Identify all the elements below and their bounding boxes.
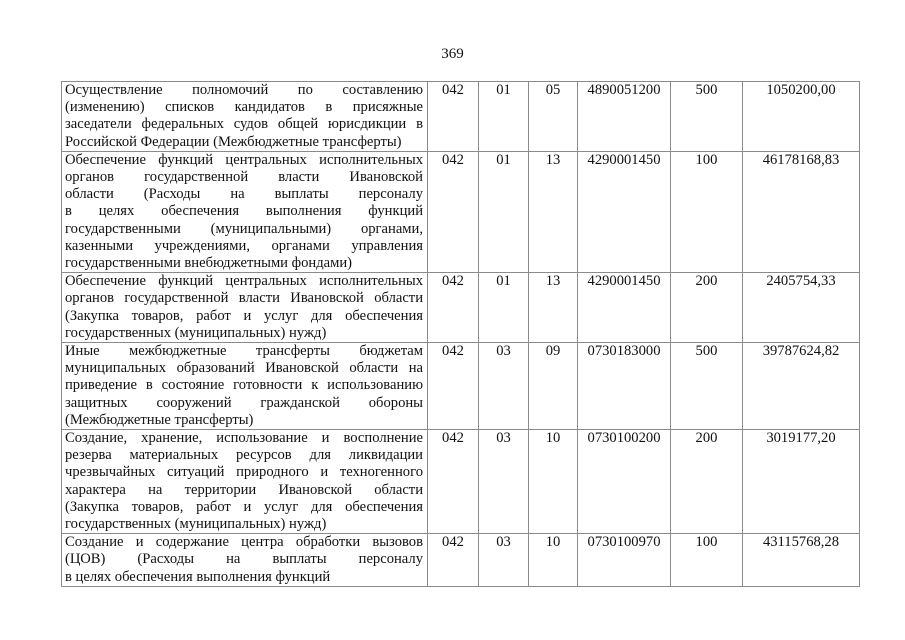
description-line: защитных сооружений гражданской обороны bbox=[65, 395, 423, 412]
section-code-cell: 01 bbox=[479, 82, 529, 152]
description-cell: Иные межбюджетные трансферты бюджетаммун… bbox=[62, 343, 428, 430]
description-line: органов государственной власти Ивановско… bbox=[65, 290, 423, 307]
subsection-code-cell: 10 bbox=[529, 430, 578, 534]
description-line: Осуществление полномочий по составлению bbox=[65, 82, 423, 99]
description-cell: Создание и содержание центра обработки в… bbox=[62, 534, 428, 587]
subsection-code-cell: 09 bbox=[529, 343, 578, 430]
expense-type-cell: 500 bbox=[671, 82, 743, 152]
description-cell: Обеспечение функций центральных исполнит… bbox=[62, 273, 428, 343]
table-row: Обеспечение функций центральных исполнит… bbox=[62, 151, 860, 272]
budget-table: Осуществление полномочий по составлению(… bbox=[61, 81, 860, 587]
description-line: Создание, хранение, использование и восп… bbox=[65, 430, 423, 447]
description-line: (Закупка товаров, работ и услуг для обес… bbox=[65, 499, 423, 516]
description-line: в целях обеспечения выполнения функций bbox=[65, 203, 423, 220]
section-code-cell: 01 bbox=[479, 151, 529, 272]
grbs-code-cell: 042 bbox=[428, 343, 479, 430]
amount-cell: 39787624,82 bbox=[743, 343, 860, 430]
grbs-code-cell: 042 bbox=[428, 430, 479, 534]
target-article-cell: 0730100970 bbox=[578, 534, 671, 587]
amount-cell: 43115768,28 bbox=[743, 534, 860, 587]
description-line: характера на территории Ивановской облас… bbox=[65, 482, 423, 499]
amount-cell: 46178168,83 bbox=[743, 151, 860, 272]
description-line: государственными внебюджетными фондами) bbox=[65, 255, 423, 272]
description-line: (Межбюджетные трансферты) bbox=[65, 412, 423, 429]
description-line: Иные межбюджетные трансферты бюджетам bbox=[65, 343, 423, 360]
description-line: (ЦОВ) (Расходы на выплаты персоналу bbox=[65, 551, 423, 568]
table-row: Осуществление полномочий по составлению(… bbox=[62, 82, 860, 152]
description-line: приведение в состояние готовности к испо… bbox=[65, 377, 423, 394]
description-line: органов государственной власти Ивановско… bbox=[65, 169, 423, 186]
target-article-cell: 4290001450 bbox=[578, 273, 671, 343]
grbs-code-cell: 042 bbox=[428, 534, 479, 587]
description-line: заседатели федеральных судов общей юрисд… bbox=[65, 116, 423, 133]
target-article-cell: 0730183000 bbox=[578, 343, 671, 430]
description-cell: Обеспечение функций центральных исполнит… bbox=[62, 151, 428, 272]
description-line: государственных (муниципальных) нужд) bbox=[65, 516, 423, 533]
subsection-code-cell: 13 bbox=[529, 273, 578, 343]
subsection-code-cell: 10 bbox=[529, 534, 578, 587]
table-row: Создание, хранение, использование и восп… bbox=[62, 430, 860, 534]
amount-cell: 2405754,33 bbox=[743, 273, 860, 343]
description-line: резерва материальных ресурсов для ликвид… bbox=[65, 447, 423, 464]
page-number: 369 bbox=[0, 45, 905, 63]
expense-type-cell: 100 bbox=[671, 534, 743, 587]
description-line: муниципальных образований Ивановской обл… bbox=[65, 360, 423, 377]
description-line: государственных (муниципальных) нужд) bbox=[65, 325, 423, 342]
grbs-code-cell: 042 bbox=[428, 273, 479, 343]
section-code-cell: 01 bbox=[479, 273, 529, 343]
description-cell: Осуществление полномочий по составлению(… bbox=[62, 82, 428, 152]
description-line: казенными учреждениями, органами управле… bbox=[65, 238, 423, 255]
description-line: Обеспечение функций центральных исполнит… bbox=[65, 152, 423, 169]
description-line: Создание и содержание центра обработки в… bbox=[65, 534, 423, 551]
description-line: Российской Федерации (Межбюджетные транс… bbox=[65, 134, 423, 151]
description-line: области (Расходы на выплаты персоналу bbox=[65, 186, 423, 203]
table-row: Создание и содержание центра обработки в… bbox=[62, 534, 860, 587]
subsection-code-cell: 05 bbox=[529, 82, 578, 152]
section-code-cell: 03 bbox=[479, 534, 529, 587]
amount-cell: 3019177,20 bbox=[743, 430, 860, 534]
expense-type-cell: 200 bbox=[671, 273, 743, 343]
table-row: Иные межбюджетные трансферты бюджетаммун… bbox=[62, 343, 860, 430]
table-row: Обеспечение функций центральных исполнит… bbox=[62, 273, 860, 343]
description-cell: Создание, хранение, использование и восп… bbox=[62, 430, 428, 534]
description-line: в целях обеспечения выполнения функций bbox=[65, 569, 423, 586]
grbs-code-cell: 042 bbox=[428, 82, 479, 152]
description-line: (изменению) списков кандидатов в присяжн… bbox=[65, 99, 423, 116]
expense-type-cell: 100 bbox=[671, 151, 743, 272]
target-article-cell: 4290001450 bbox=[578, 151, 671, 272]
grbs-code-cell: 042 bbox=[428, 151, 479, 272]
expense-type-cell: 200 bbox=[671, 430, 743, 534]
expense-type-cell: 500 bbox=[671, 343, 743, 430]
amount-cell: 1050200,00 bbox=[743, 82, 860, 152]
description-line: чрезвычайных ситуаций природного и техно… bbox=[65, 464, 423, 481]
target-article-cell: 0730100200 bbox=[578, 430, 671, 534]
target-article-cell: 4890051200 bbox=[578, 82, 671, 152]
description-line: Обеспечение функций центральных исполнит… bbox=[65, 273, 423, 290]
subsection-code-cell: 13 bbox=[529, 151, 578, 272]
description-line: (Закупка товаров, работ и услуг для обес… bbox=[65, 308, 423, 325]
section-code-cell: 03 bbox=[479, 430, 529, 534]
section-code-cell: 03 bbox=[479, 343, 529, 430]
description-line: государственными (муниципальными) органа… bbox=[65, 221, 423, 238]
